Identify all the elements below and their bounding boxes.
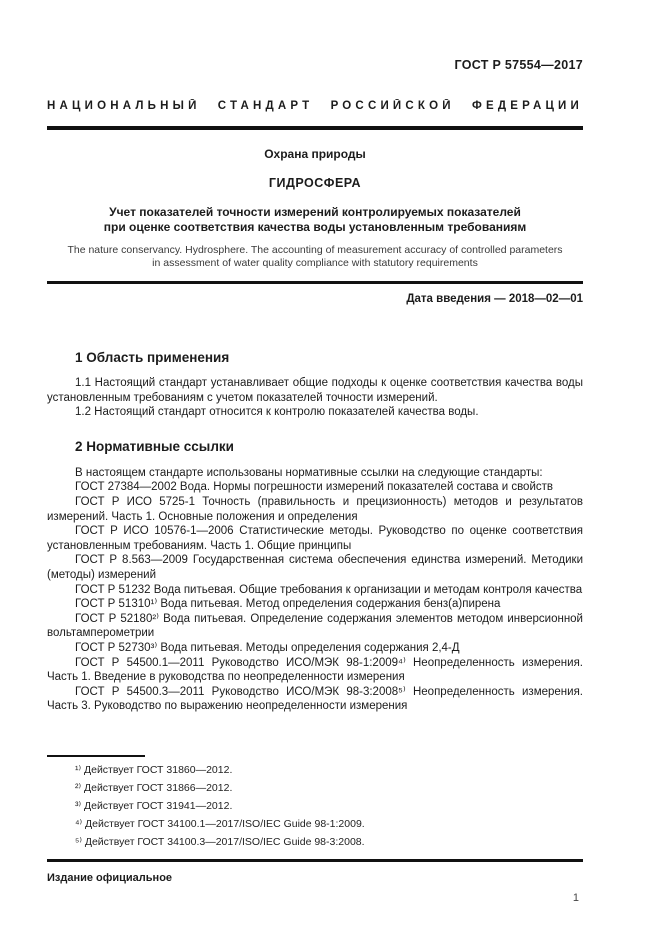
document-page: ГОСТ Р 57554—2017 НАЦИОНАЛЬНЫЙ СТАНДАРТ … bbox=[0, 0, 661, 935]
footnote: ⁴⁾ Действует ГОСТ 34100.1—2017/ISO/IEC G… bbox=[47, 815, 583, 833]
effective-date: Дата введения — 2018—02—01 bbox=[47, 293, 583, 306]
footnote: ²⁾ Действует ГОСТ 31866—2012. bbox=[47, 779, 583, 797]
doc-number: ГОСТ Р 57554—2017 bbox=[47, 0, 583, 72]
doc-title-english: The nature conservancy. Hydrosphere. The… bbox=[47, 244, 583, 270]
footnote: ³⁾ Действует ГОСТ 31941—2012. bbox=[47, 797, 583, 815]
section-1-heading: 1 Область применения bbox=[47, 350, 583, 366]
reference-item: ГОСТ Р 54500.1—2011 Руководство ИСО/МЭК … bbox=[47, 656, 583, 685]
page-content: ГОСТ Р 57554—2017 НАЦИОНАЛЬНЫЙ СТАНДАРТ … bbox=[47, 0, 583, 904]
reference-item: ГОСТ Р 51310¹⁾ Вода питьевая. Метод опре… bbox=[47, 597, 583, 612]
doc-title: ГИДРОСФЕРА bbox=[47, 176, 583, 190]
footnote: ¹⁾ Действует ГОСТ 31860—2012. bbox=[47, 761, 583, 779]
reference-item: ГОСТ Р ИСО 10576-1—2006 Статистические м… bbox=[47, 524, 583, 553]
reference-item: ГОСТ Р 52730³⁾ Вода питьевая. Методы опр… bbox=[47, 641, 583, 656]
edition-label: Издание официальное bbox=[47, 872, 583, 885]
section-2-intro: В настоящем стандарте использованы норма… bbox=[47, 466, 583, 481]
header-rule bbox=[47, 126, 583, 130]
doc-subtitle: Учет показателей точности измерений конт… bbox=[47, 205, 583, 235]
section-1-paragraph: 1.1 Настоящий стандарт устанавливает общ… bbox=[47, 376, 583, 405]
page-number: 1 bbox=[47, 892, 583, 904]
reference-item: ГОСТ Р 8.563—2009 Государственная систем… bbox=[47, 553, 583, 582]
footnote-separator bbox=[47, 755, 145, 757]
reference-item: ГОСТ Р 52180²⁾ Вода питьевая. Определени… bbox=[47, 612, 583, 641]
footnote: ⁵⁾ Действует ГОСТ 34100.3—2017/ISO/IEC G… bbox=[47, 833, 583, 851]
footnotes-block: ¹⁾ Действует ГОСТ 31860—2012. ²⁾ Действу… bbox=[47, 755, 583, 851]
title-rule bbox=[47, 281, 583, 284]
reference-item: ГОСТ Р ИСО 5725-1 Точность (правильность… bbox=[47, 495, 583, 524]
reference-item: ГОСТ 27384—2002 Вода. Нормы погрешности … bbox=[47, 480, 583, 495]
footer-rule bbox=[47, 859, 583, 862]
reference-item: ГОСТ Р 51232 Вода питьевая. Общие требов… bbox=[47, 583, 583, 598]
doc-subject: Охрана природы bbox=[47, 147, 583, 161]
national-standard-banner: НАЦИОНАЛЬНЫЙ СТАНДАРТ РОССИЙСКОЙ ФЕДЕРАЦ… bbox=[47, 99, 583, 113]
section-1-paragraph: 1.2 Настоящий стандарт относится к контр… bbox=[47, 405, 583, 420]
reference-item: ГОСТ Р 54500.3—2011 Руководство ИСО/МЭК … bbox=[47, 685, 583, 714]
section-2-heading: 2 Нормативные ссылки bbox=[47, 439, 583, 455]
